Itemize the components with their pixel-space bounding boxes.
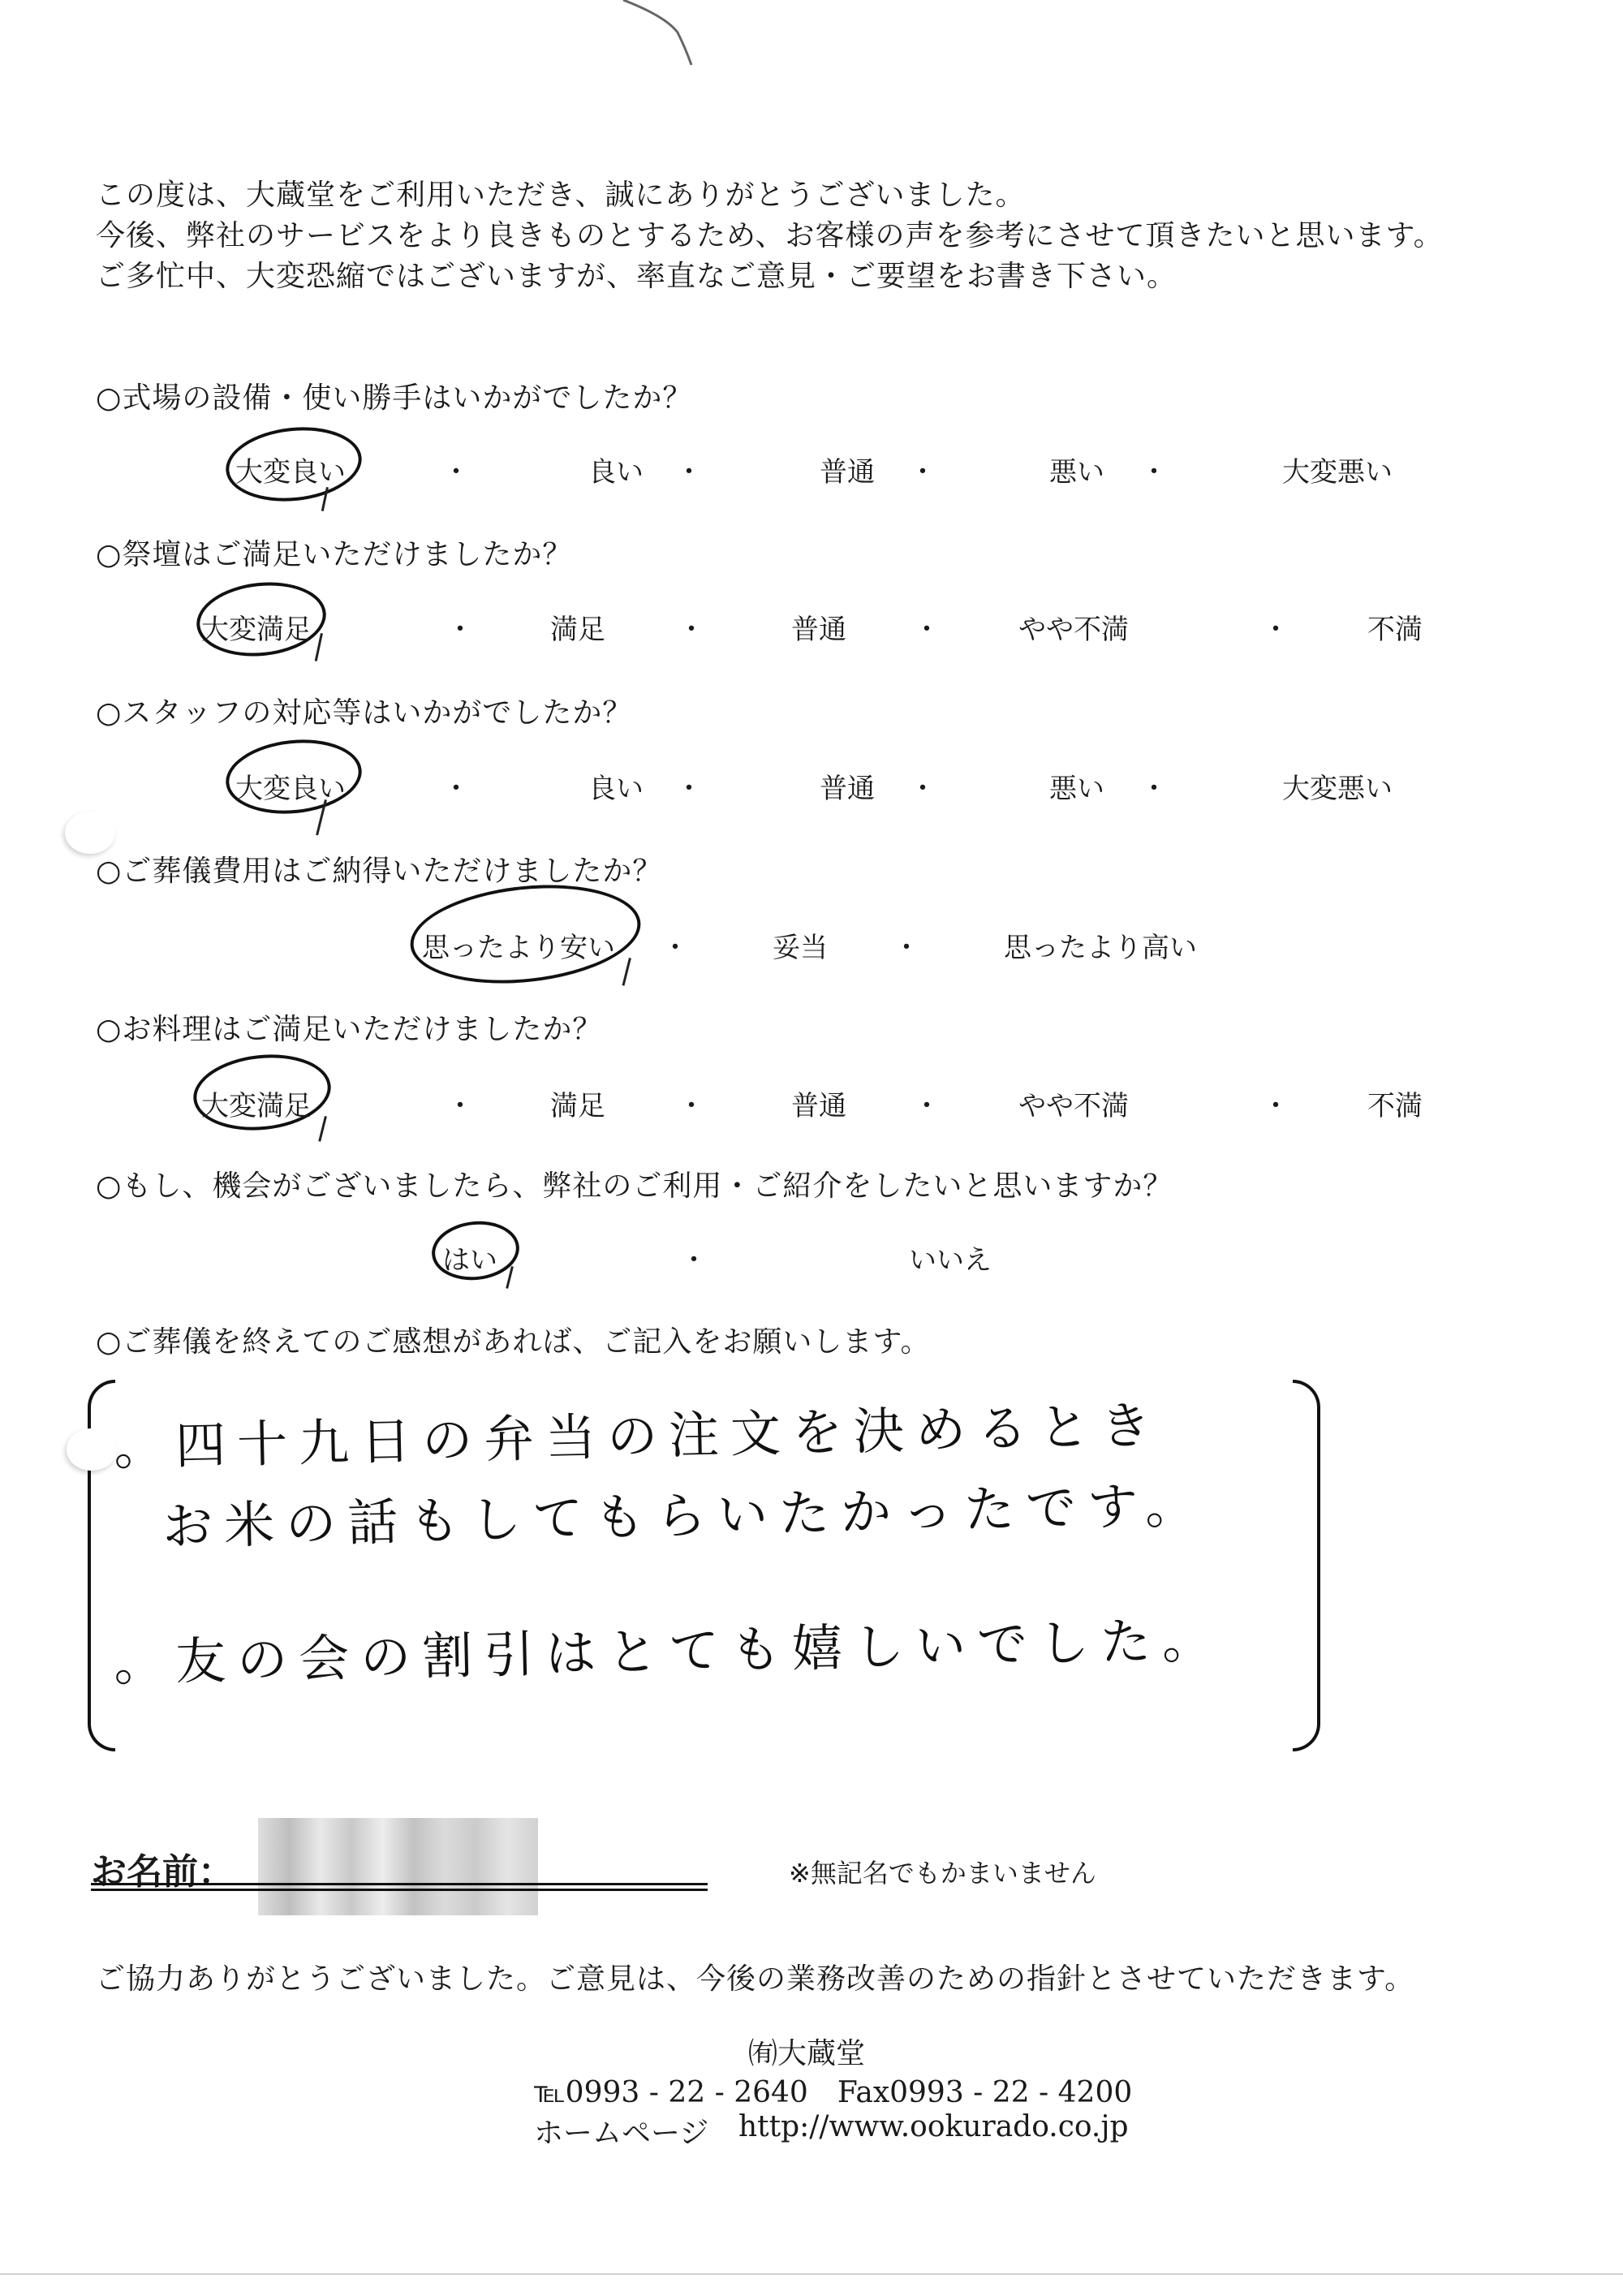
- option-cheaper-than-expected[interactable]: 思ったより安い: [422, 925, 615, 965]
- selection-circle-tail: [315, 633, 323, 661]
- option-no[interactable]: いいえ: [909, 1238, 992, 1277]
- homepage-link[interactable]: http://www.ookurado.co.jp: [738, 2110, 1129, 2143]
- option-reasonable[interactable]: 妥当: [773, 925, 828, 965]
- selection-circle-tail: [318, 1116, 327, 1142]
- separator: ・: [446, 607, 474, 647]
- comments-prompt: ○ご葬儀を終えてのご感想があれば、ご記入をお願いします。: [96, 1319, 931, 1360]
- redacted-name[interactable]: [258, 1818, 538, 1915]
- separator: ・: [1262, 1083, 1289, 1123]
- separator: ・: [661, 925, 689, 965]
- separator: ・: [1262, 607, 1289, 647]
- selection-circle-tail: [506, 1266, 514, 1289]
- intro-line: この度は、大蔵堂をご利用いただき、誠にありがとうございました。: [96, 172, 1026, 213]
- option-good[interactable]: 良い: [588, 450, 644, 489]
- option-yes[interactable]: はい: [442, 1238, 497, 1277]
- option-very-satisfied[interactable]: 大変満足: [201, 607, 312, 647]
- option-normal[interactable]: 普通: [820, 450, 875, 489]
- punch-hole-artifact: [67, 1428, 117, 1471]
- option-satisfied[interactable]: 満足: [550, 607, 605, 647]
- company-contact: ℡0993 - 22 - 2640 Fax0993 - 22 - 4200: [534, 2070, 1132, 2111]
- option-very-satisfied[interactable]: 大変満足: [201, 1083, 312, 1123]
- homepage-label: ホームページ: [534, 2110, 708, 2152]
- handwritten-line: お米の話もしてもらいたかったです。: [161, 1465, 1208, 1559]
- separator: ・: [442, 450, 470, 489]
- separator: ・: [913, 607, 941, 647]
- separator: ・: [1140, 450, 1168, 489]
- option-slightly-unsatisfied[interactable]: やや不満: [1018, 1083, 1129, 1123]
- option-very-bad[interactable]: 大変悪い: [1282, 450, 1393, 489]
- separator: ・: [909, 450, 936, 489]
- option-more-expensive-than-expected[interactable]: 思ったより高い: [1004, 925, 1197, 965]
- question-text: ○祭壇はご満足いただけましたか？: [96, 532, 572, 573]
- separator: ・: [1140, 766, 1168, 806]
- question-text: ○式場の設備・使い勝手はいかがでしたか？: [96, 375, 692, 416]
- intro-line: ご多忙中、大変恐縮ではございますが、率直なご意見・ご要望をお書き下さい。: [96, 253, 1177, 295]
- option-normal[interactable]: 普通: [820, 766, 875, 806]
- intro-line: 今後、弊社のサービスをより良きものとするため、お客様の声を参考にさせて頂きたいと…: [96, 213, 1444, 254]
- option-unsatisfied[interactable]: 不満: [1367, 1083, 1423, 1123]
- separator: ・: [446, 1083, 474, 1123]
- option-normal[interactable]: 普通: [791, 1083, 846, 1123]
- separator: ・: [893, 925, 920, 965]
- anonymous-note: ※無記名でもかまいません: [789, 1853, 1096, 1890]
- question-text: ○もし、機会がございましたら、弊社のご利用・ご紹介をしたいと思いますか？: [96, 1163, 1173, 1204]
- question-text: ○ご葬儀費用はご納得いただけましたか？: [96, 848, 662, 890]
- option-unsatisfied[interactable]: 不満: [1367, 607, 1423, 647]
- name-underline: [91, 1883, 708, 1885]
- separator: ・: [913, 1083, 941, 1123]
- option-satisfied[interactable]: 満足: [550, 1083, 605, 1123]
- option-bad[interactable]: 悪い: [1049, 766, 1104, 806]
- question-text: ○スタッフの対応等はいかがでしたか？: [96, 690, 632, 731]
- option-very-bad[interactable]: 大変悪い: [1282, 766, 1393, 806]
- comment-textarea[interactable]: 。四十九日の弁当の注文を決めるとき お米の話もしてもらいたかったです。 。友の会…: [114, 1380, 1282, 1751]
- separator: ・: [909, 766, 936, 806]
- separator: ・: [678, 607, 705, 647]
- company-name: ㈲大蔵堂: [748, 2031, 865, 2072]
- option-normal[interactable]: 普通: [791, 607, 846, 647]
- option-good[interactable]: 良い: [588, 766, 644, 806]
- separator: ・: [680, 1238, 708, 1277]
- option-slightly-unsatisfied[interactable]: やや不満: [1018, 607, 1129, 647]
- question-text: ○お料理はご満足いただけましたか？: [96, 1006, 602, 1048]
- scan-bottom-edge: [0, 2273, 1623, 2275]
- separator: ・: [675, 766, 703, 806]
- comment-box-right-bracket: [1293, 1380, 1320, 1751]
- handwritten-line: 。友の会の割引はとても嬉しいでした。: [113, 1600, 1225, 1695]
- closing-message: ご協力ありがとうございました。ご意見は、今後の業務改善のための指針とさせていただ…: [96, 1956, 1414, 1997]
- paper-curl-artifact: [617, 0, 698, 73]
- option-very-good[interactable]: 大変良い: [235, 450, 346, 489]
- separator: ・: [675, 450, 703, 489]
- name-label: お名前：: [91, 1842, 234, 1894]
- name-underline: [91, 1889, 708, 1891]
- option-very-good[interactable]: 大変良い: [235, 766, 346, 806]
- option-bad[interactable]: 悪い: [1049, 450, 1104, 489]
- handwritten-line: 。四十九日の弁当の注文を決めるとき: [113, 1385, 1163, 1479]
- separator: ・: [442, 766, 470, 806]
- separator: ・: [678, 1083, 705, 1123]
- selection-circle-tail: [622, 958, 631, 986]
